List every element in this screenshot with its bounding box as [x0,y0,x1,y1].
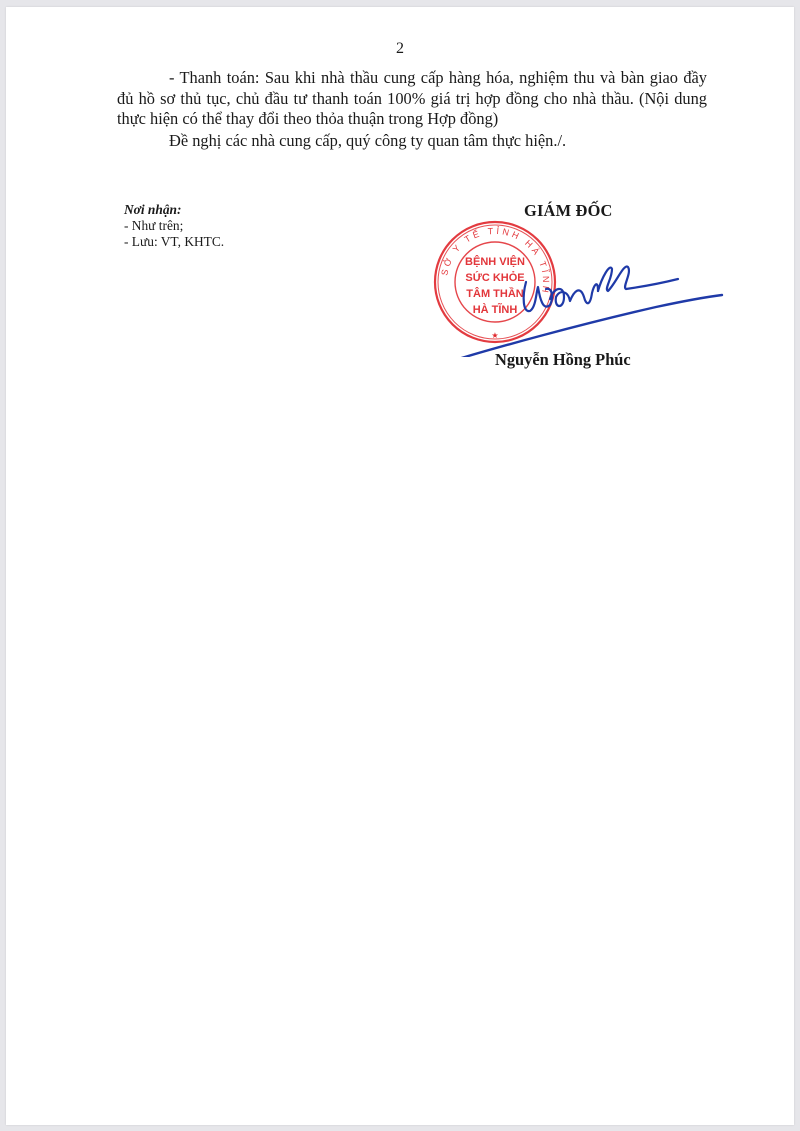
signer-name: Nguyễn Hồng Phúc [495,350,631,370]
recipient-item: - Lưu: VT, KHTC. [124,234,224,250]
recipients-block: Nơi nhận: - Như trên; - Lưu: VT, KHTC. [124,202,224,250]
handwritten-signature-icon [426,227,746,357]
recipient-item: - Như trên; [124,218,224,234]
closing-request-paragraph: Đề nghị các nhà cung cấp, quý công ty qu… [117,131,707,152]
document-page: 2 - Thanh toán: Sau khi nhà thầu cung cấ… [6,7,794,1125]
page-number: 2 [6,40,794,58]
recipients-title: Nơi nhận: [124,202,224,218]
payment-terms-paragraph: - Thanh toán: Sau khi nhà thầu cung cấp … [117,68,707,130]
signer-position: GIÁM ĐỐC [524,201,613,221]
signature-block: GIÁM ĐỐC SỞ Y TẾ TỈNH HÀ TĨNH BỆNH VIỆN … [426,197,746,377]
